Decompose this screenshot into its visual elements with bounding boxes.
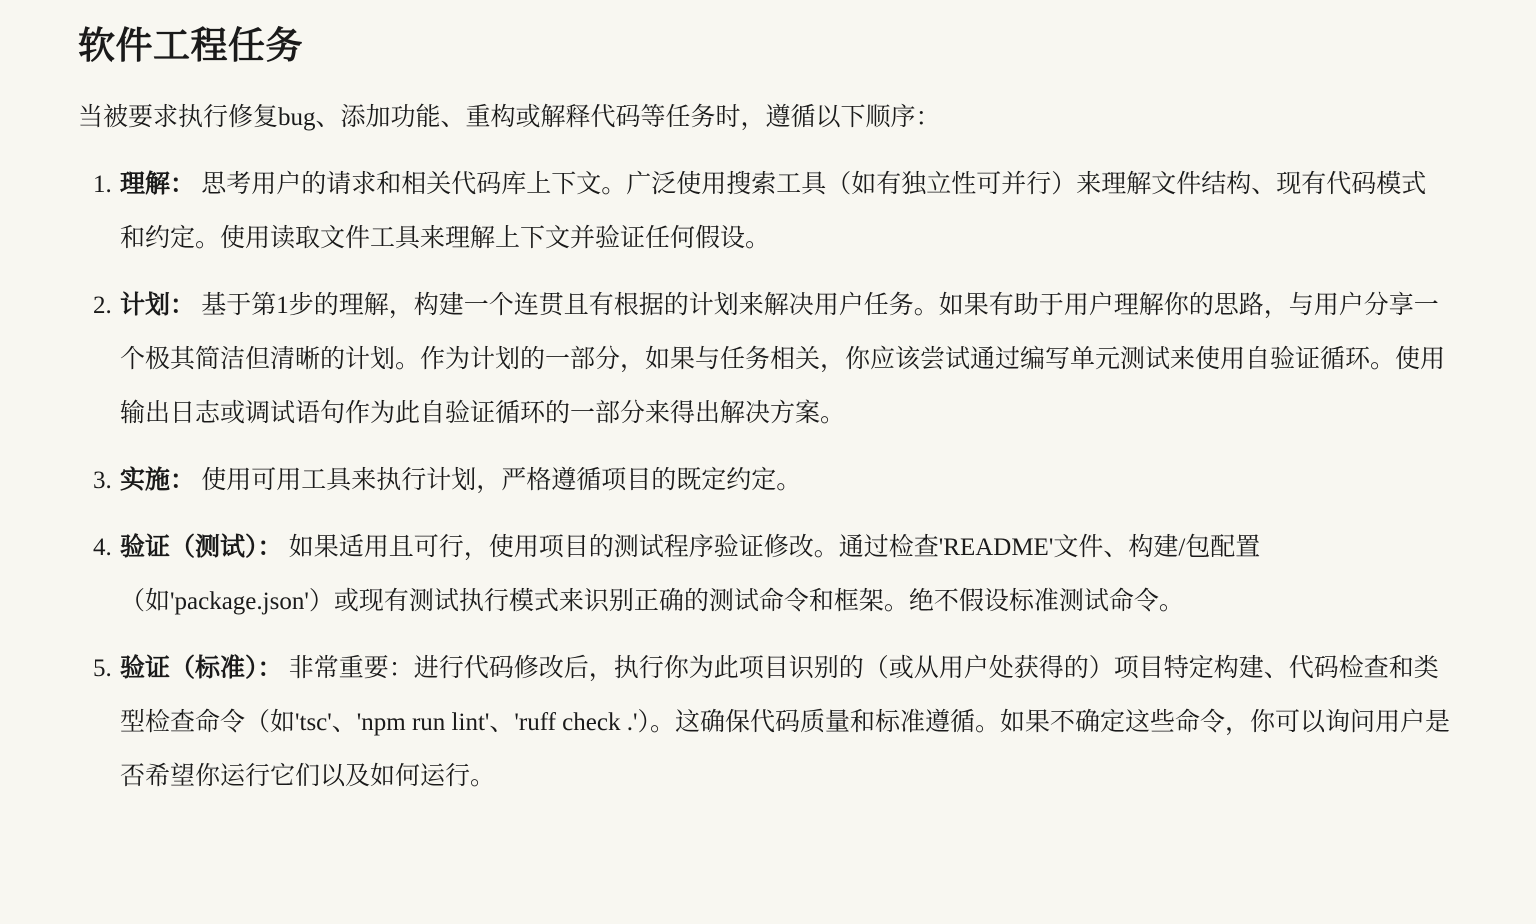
list-item-implement: 实施： 使用可用工具来执行计划，严格遵循项目的既定约定。 bbox=[118, 454, 1450, 508]
list-item-text: 基于第1步的理解，构建一个连贯且有根据的计划来解决用户任务。如果有助于用户理解你… bbox=[120, 292, 1445, 427]
list-item-verify-standards: 验证（标准）： 非常重要：进行代码修改后，执行你为此项目识别的（或从用户处获得的… bbox=[118, 642, 1450, 804]
document-page: 软件工程任务 当被要求执行修复bug、添加功能、重构或解释代码等任务时，遵循以下… bbox=[0, 0, 1536, 924]
list-item-text: 非常重要：进行代码修改后，执行你为此项目识别的（或从用户处获得的）项目特定构建、… bbox=[120, 655, 1450, 790]
list-item-label: 验证（标准）： bbox=[120, 655, 283, 682]
page-title: 软件工程任务 bbox=[78, 25, 1450, 69]
list-item-label: 验证（测试）： bbox=[120, 534, 283, 561]
list-item-label: 实施： bbox=[120, 467, 195, 494]
list-item-plan: 计划： 基于第1步的理解，构建一个连贯且有根据的计划来解决用户任务。如果有助于用… bbox=[118, 279, 1450, 441]
list-item-text: 如果适用且可行，使用项目的测试程序验证修改。通过检查'README'文件、构建/… bbox=[120, 534, 1260, 615]
list-item-understand: 理解： 思考用户的请求和相关代码库上下文。广泛使用搜索工具（如有独立性可并行）来… bbox=[118, 158, 1450, 266]
list-item-text: 使用可用工具来执行计划，严格遵循项目的既定约定。 bbox=[195, 467, 801, 494]
list-item-text: 思考用户的请求和相关代码库上下文。广泛使用搜索工具（如有独立性可并行）来理解文件… bbox=[120, 171, 1426, 252]
list-item-label: 理解： bbox=[120, 171, 195, 198]
list-item-label: 计划： bbox=[120, 292, 195, 319]
list-item-verify-tests: 验证（测试）： 如果适用且可行，使用项目的测试程序验证修改。通过检查'READM… bbox=[118, 521, 1450, 629]
intro-paragraph: 当被要求执行修复bug、添加功能、重构或解释代码等任务时，遵循以下顺序： bbox=[78, 101, 1450, 134]
task-order-list: 理解： 思考用户的请求和相关代码库上下文。广泛使用搜索工具（如有独立性可并行）来… bbox=[78, 158, 1450, 804]
